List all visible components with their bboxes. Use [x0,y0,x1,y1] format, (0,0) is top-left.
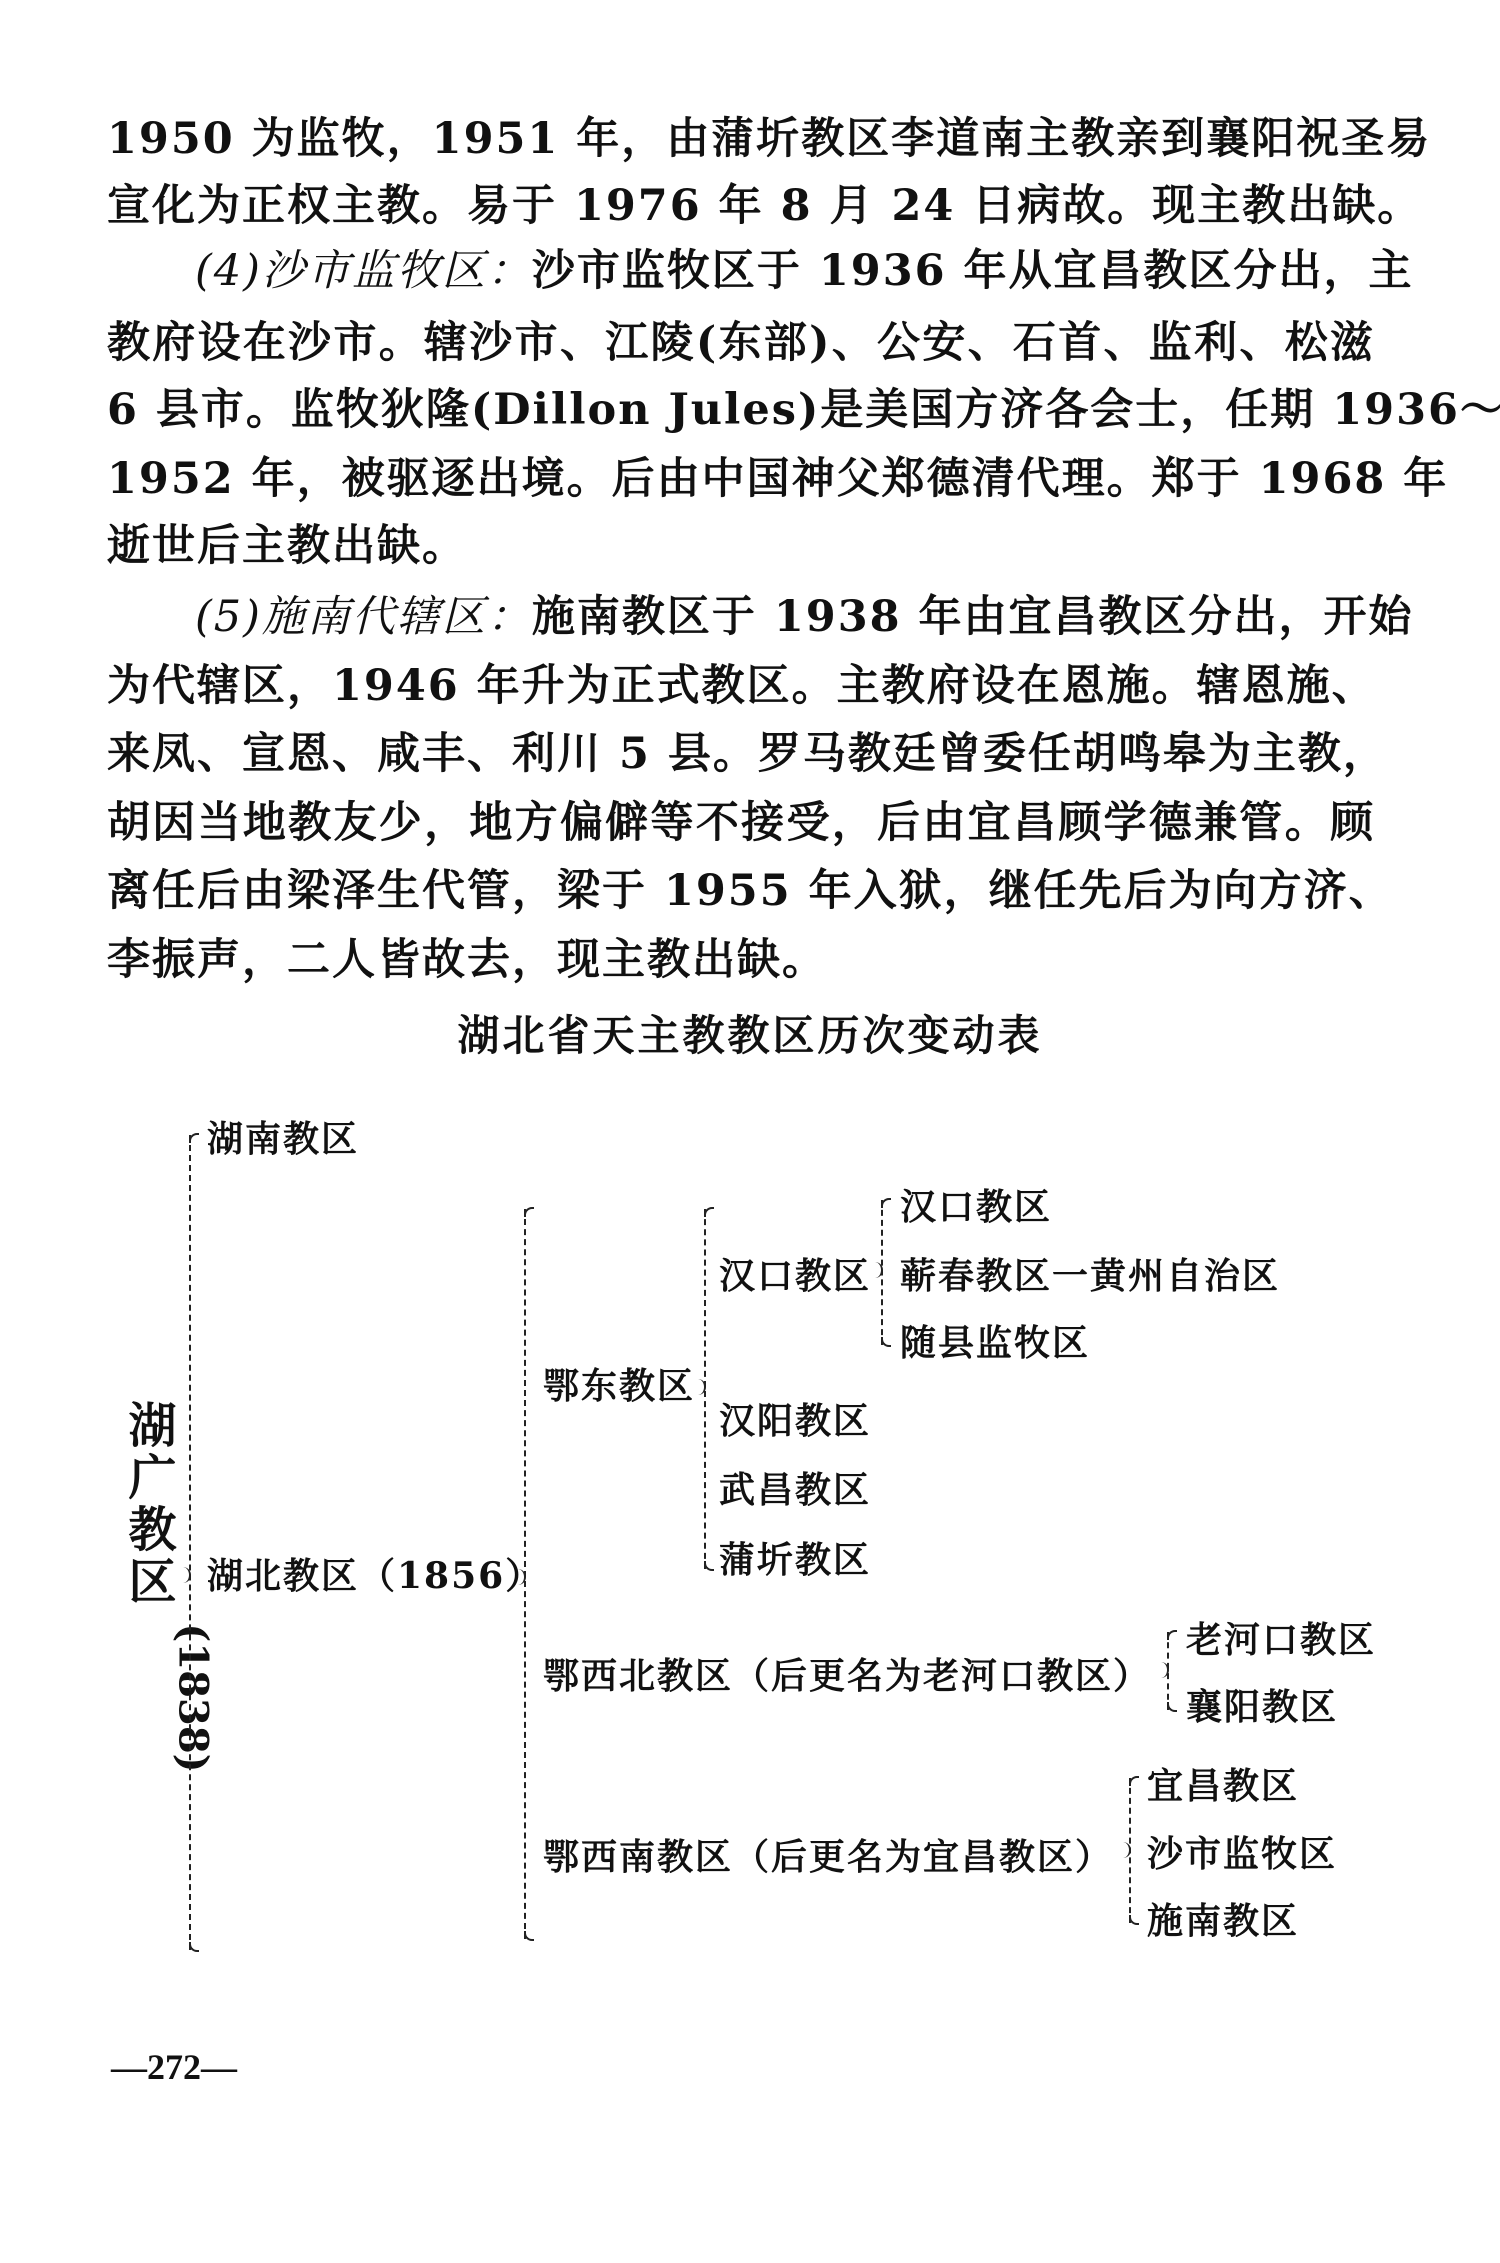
paragraph-line: 宣化为正权主教。易于 1976 年 8 月 24 日病故。现主教出缺。 [107,178,1375,234]
paragraph-line: 1950 为监牧，1951 年，由蒲圻教区李道南主教亲到襄阳祝圣易 [107,111,1375,167]
brace-tip [1121,1842,1131,1858]
node-hunan: 湖南教区 [207,1117,359,1161]
section-5-text: 施南教区于 1938 年由宜昌教区分出，开始 [532,589,1414,645]
brace-tip [1159,1662,1169,1678]
root-label: 湖广教区 [118,1400,178,1608]
node-shashi: 沙市监牧区 [1147,1832,1337,1876]
section-4-line: (4)沙市监牧区： 沙市监牧区于 1936 年从宜昌教区分出，主 [195,243,1375,299]
section-4-text: 沙市监牧区于 1936 年从宜昌教区分出，主 [532,243,1414,299]
node-hankou-parent: 汉口教区 [719,1254,871,1298]
paragraph-line: 逝世后主教出缺。 [107,518,1375,574]
paragraph-line: 6 县市。监牧狄隆(Dillon Jules)是美国方济各会士，任期 1936～ [107,382,1375,438]
node-laohekou: 老河口教区 [1186,1618,1376,1662]
brace-tip [181,1567,191,1583]
paragraph-line: 李振声，二人皆故去，现主教出缺。 [107,932,1375,988]
paragraph-line: 1952 年，被驱逐出境。后由中国神父郑德清代理。郑于 1968 年 [107,451,1375,507]
edong-brace [704,1209,714,1569]
paragraph-line: 为代辖区，1946 年升为正式教区。主教府设在恩施。辖恩施、 [107,658,1375,714]
paragraph-line: 教府设在沙市。辖沙市、江陵(东部)、公安、石首、监利、松滋 [107,315,1375,371]
hubei-brace [524,1209,534,1939]
node-edong: 鄂东教区 [543,1364,695,1408]
exinan-brace [1129,1778,1139,1923]
node-xiangyang: 襄阳教区 [1186,1685,1338,1729]
node-exinan: 鄂西南教区（后更名为宜昌教区） [543,1835,1113,1879]
brace-tip [873,1262,883,1278]
exibei-brace [1167,1632,1177,1710]
node-hanyang: 汉阳教区 [719,1399,871,1443]
hankou-brace [881,1200,891,1345]
node-hankou: 汉口教区 [900,1185,1052,1229]
diagram-title: 湖北省天主教教区历次变动表 [0,1003,1500,1063]
paragraph-line: 离任后由梁泽生代管，梁于 1955 年入狱，继任先后为向方济、 [107,863,1375,919]
page-number: —272— [111,2046,237,2088]
section-4-lead: (4)沙市监牧区： [195,243,532,299]
brace-tip [696,1379,706,1395]
paragraph-line: 来凤、宣恩、咸丰、利川 5 县。罗马教廷曾委任胡鸣皋为主教， [107,726,1375,782]
node-puqi: 蒲圻教区 [719,1538,871,1582]
node-qichun: 蕲春教区一黄州自治区 [900,1254,1280,1298]
section-5-line: (5)施南代辖区： 施南教区于 1938 年由宜昌教区分出，开始 [195,589,1375,645]
node-wuchang: 武昌教区 [719,1468,871,1512]
root-node: 湖广教区 (1838) [118,1400,178,1728]
node-yichang: 宜昌教区 [1147,1764,1299,1808]
node-hubei: 湖北教区（1856） [207,1554,543,1598]
root-brace [189,1135,199,1950]
brace-tip [516,1569,526,1585]
paragraph-line: 胡因当地教友少，地方偏僻等不接受，后由宜昌顾学德兼管。顾 [107,795,1375,851]
node-suixian: 随县监牧区 [900,1321,1090,1365]
section-5-lead: (5)施南代辖区： [195,589,532,645]
node-exibei: 鄂西北教区（后更名为老河口教区） [543,1654,1151,1698]
node-shinan: 施南教区 [1147,1899,1299,1943]
